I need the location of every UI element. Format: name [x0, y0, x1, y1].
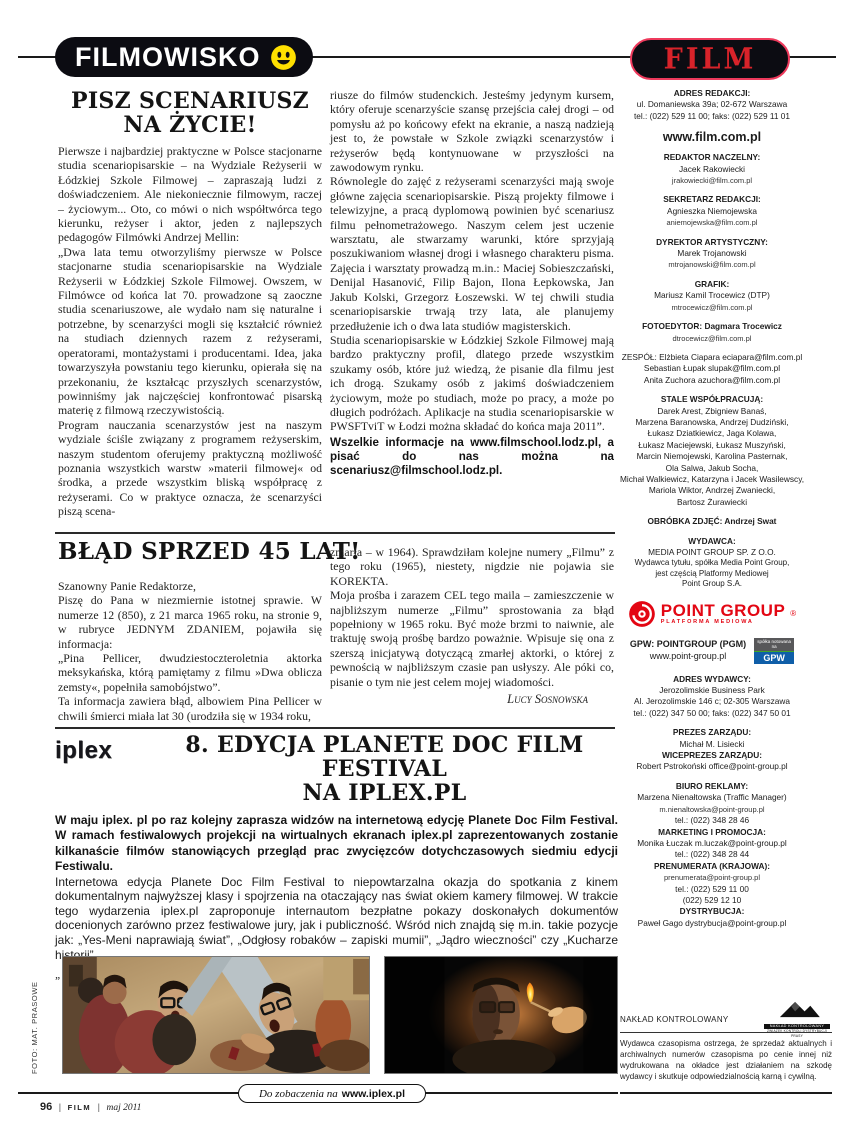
masthead-line: ZESPÓŁ: Elżbieta Ciapara eciapara@film.c… — [616, 352, 808, 363]
masthead-line: PRENUMERATA (KRAJOWA): — [616, 861, 808, 872]
photo-yes-men — [62, 956, 370, 1074]
masthead-line: Marzena Baranowska, Andrzej Dudziński, — [616, 417, 808, 428]
masthead-line: m.nienaltowska@point-group.pl — [616, 804, 808, 815]
masthead-line: Michał Walkiewicz, Katarzyna i Jacek Was… — [616, 474, 808, 485]
masthead-line: Point Group S.A. — [616, 579, 808, 589]
iplex-logo: iplex — [55, 733, 151, 765]
letter-signature: Lucy Sosnowska — [330, 692, 614, 707]
masthead-line: Jerozolimskie Business Park — [616, 685, 808, 696]
registered-mark: ® — [790, 609, 796, 618]
photo-jadro-illustration — [385, 957, 617, 1073]
article2-col1-text: Szanowny Panie Redaktorze,Piszę do Pana … — [58, 579, 322, 723]
festival-header: iplex 8. EDYCJA PLANETE DOC FILM FESTIVA… — [55, 733, 618, 805]
masthead-line: Marzena Nienałtowska (Traffic Manager) — [616, 792, 808, 803]
page-number: 96 — [40, 1101, 52, 1113]
masthead-line: Agnieszka Niemojewska — [616, 206, 808, 217]
paragraph: Równolegle do zajęć z reżyserami scenarz… — [330, 174, 614, 332]
masthead-line: Michał M. Lisiecki — [616, 739, 808, 750]
masthead-bottom-lines: ADRES WYDAWCY:Jerozolimskie Business Par… — [616, 674, 808, 930]
article1-col2-text: riusze do filmów studenckich. Jesteśmy j… — [330, 88, 614, 434]
article1-title: PISZ SCENARIUSZ NA ŻYCIE! — [58, 90, 322, 137]
masthead-line: tel.: (022) 348 28 44 — [616, 849, 808, 860]
warning-rule — [620, 1032, 832, 1033]
article2-column2: zmarła – w 1964). Sprawdziłam kolejne nu… — [330, 545, 614, 707]
point-group-logo: POINT GROUP PLATFORMA MEDIOWA ® — [616, 600, 808, 628]
masthead-line: BIURO REKLAMY: — [616, 781, 808, 792]
article1-contact-info: Wszelkie informacje na www.filmschool.lo… — [330, 436, 614, 479]
article2-column1: Szanowny Panie Redaktorze,Piszę do Pana … — [58, 579, 322, 723]
masthead-line: PREZES ZARZĄDU: — [616, 727, 808, 738]
footer-issue: maj 2011 — [107, 1103, 142, 1113]
masthead-line: jest częścią Platformy Mediowej — [616, 569, 808, 579]
masthead-line: Wydawca tytułu, spółka Media Point Group… — [616, 558, 808, 568]
masthead-line: MARKETING I PROMOCJA: — [616, 827, 808, 838]
magazine-page: { "page": { "section_label": "FILMOWISKO… — [0, 0, 855, 1140]
masthead-line: FOTOEDYTOR: Dagmara Trocewicz — [616, 321, 808, 332]
masthead-line: Marcin Niemojewski, Karolina Pasternak, — [616, 451, 808, 462]
section-title: FILMOWISKO — [75, 37, 260, 77]
masthead-line: Robert Pstrokoński office@point-group.pl — [616, 761, 808, 772]
masthead-line: mtrocewicz@film.com.pl — [616, 302, 808, 313]
paragraph: Piszę do Pana w niezmiernie istotnej spr… — [58, 593, 322, 651]
article2-col2-text: zmarła – w 1964). Sprawdziłam kolejne nu… — [330, 545, 614, 689]
masthead-line: SEKRETARZ REDAKCJI: — [616, 194, 808, 205]
paragraph: Moja prośba i zarazem CEL tego maila – z… — [330, 588, 614, 689]
masthead-line: Ola Salwa, Jakub Socha, — [616, 463, 808, 474]
see-you-text: Do zobaczenia na — [259, 1088, 338, 1100]
masthead-line: Mariola Wiktor, Andrzej Zwaniecki, — [616, 485, 808, 496]
masthead-line: Darek Arest, Zbigniew Banaś, — [616, 406, 808, 417]
gpw-row: GPW: POINTGROUP (PGM) www.point-group.pl… — [616, 638, 808, 664]
film-logo-text: FILM — [664, 42, 757, 75]
photo-yes-men-illustration — [63, 957, 369, 1073]
divider-rule — [55, 532, 615, 534]
masthead-line: tel.: (022) 348 28 46 — [616, 815, 808, 826]
paragraph: Ta informacja zawiera błąd, albowiem Pin… — [58, 694, 322, 723]
zkdp-mountain-icon — [768, 1000, 826, 1019]
masthead-line: tel.: (022) 347 50 00; faks: (022) 347 5… — [616, 708, 808, 719]
festival-section: iplex 8. EDYCJA PLANETE DOC FILM FESTIVA… — [55, 733, 618, 981]
masthead-line: Al. Jerozolimskie 146 c; 02-305 Warszawa — [616, 696, 808, 707]
masthead-line: tel.: (022) 529 11 00 — [616, 884, 808, 895]
masthead-top-lines: ADRES REDAKCJI:ul. Domaniewska 39a; 02-6… — [616, 88, 808, 590]
publisher-warning: Wydawca czasopisma ostrzega, że sprzedaż… — [620, 1038, 832, 1082]
section-banner: FILMOWISKO — [55, 37, 313, 77]
paragraph: „Pina Pellicer, dwudziestoczteroletnia a… — [58, 651, 322, 694]
point-group-text: POINT GROUP PLATFORMA MEDIOWA — [661, 603, 786, 625]
masthead-line: MEDIA POINT GROUP SP. Z O.O. — [616, 547, 808, 558]
paragraph: Szanowny Panie Redaktorze, — [58, 579, 322, 593]
article1-column1: PISZ SCENARIUSZ NA ŻYCIE! Pierwsze i naj… — [58, 90, 322, 519]
masthead-line: aniemojewska@film.com.pl — [616, 217, 808, 228]
masthead-line: ul. Domaniewska 39a; 02-672 Warszawa — [616, 99, 808, 110]
festival-body: Internetowa edycja Planete Doc Film Fest… — [55, 875, 618, 963]
page-footer: 96 | FILM | maj 2011 — [40, 1101, 141, 1113]
photo-credit: FOTO: MAT. PRASOWE — [30, 956, 42, 1074]
paragraph: riusze do filmów studenckich. Jesteśmy j… — [330, 88, 614, 174]
masthead-line: Mariusz Kamil Trocewicz (DTP) — [616, 290, 808, 301]
masthead-line: Bartosz Żurawiecki — [616, 497, 808, 508]
paragraph: „Dwa lata temu otworzyliśmy pierwsze w P… — [58, 245, 322, 418]
masthead-line: dtrocewicz@film.com.pl — [616, 333, 808, 344]
naklad-label: NAKŁAD KONTROLOWANY — [620, 1015, 729, 1024]
masthead-line: WICEPREZES ZARZĄDU: — [616, 750, 808, 761]
masthead-line: prenumerata@point-group.pl — [616, 872, 808, 883]
point-group-icon — [628, 600, 656, 628]
paragraph: Pierwsze i najbardziej praktyczne w Pols… — [58, 144, 322, 245]
masthead-line: DYSTRYBUCJA: — [616, 906, 808, 917]
masthead-line: REDAKTOR NACZELNY: — [616, 152, 808, 163]
smiley-icon — [270, 44, 297, 71]
masthead-line: Łukasz Maciejewski, Łukasz Muszyński, — [616, 440, 808, 451]
see-you-url: www.iplex.pl — [342, 1088, 405, 1100]
masthead-line: Paweł Gago dystrybucja@point-group.pl — [616, 918, 808, 929]
masthead-line: jrakowiecki@film.com.pl — [616, 175, 808, 186]
masthead-line: www.film.com.pl — [616, 130, 808, 144]
paragraph: Program nauczania scenarzystów jest na n… — [58, 418, 322, 519]
masthead-line: mtrojanowski@film.com.pl — [616, 259, 808, 270]
masthead-line: DYREKTOR ARTYSTYCZNY: — [616, 237, 808, 248]
masthead-line: tel.: (022) 529 11 00; faks: (022) 529 1… — [616, 111, 808, 122]
gpw-text: GPW: POINTGROUP (PGM) www.point-group.pl — [630, 639, 746, 662]
masthead-line: STALE WSPÓŁPRACUJĄ: — [616, 394, 808, 405]
masthead-line: Sebastian Łupak slupak@film.com.pl — [616, 363, 808, 374]
paragraph: Studia scenariopisarskie w Łódzkiej Szko… — [330, 333, 614, 434]
film-magazine-logo: FILM — [630, 38, 790, 80]
masthead-line: Łukasz Dziatkiewicz, Jaga Kolawa, — [616, 428, 808, 439]
festival-lead: W maju iplex. pl po raz kolejny zaprasza… — [55, 813, 618, 875]
footer-brand: FILM — [68, 1103, 92, 1112]
masthead-line: (022) 529 12 10 — [616, 895, 808, 906]
masthead-line: ADRES WYDAWCY: — [616, 674, 808, 685]
paragraph: zmarła – w 1964). Sprawdziłam kolejne nu… — [330, 545, 614, 588]
masthead-line: WYDAWCA: — [616, 536, 808, 547]
masthead-line: GRAFIK: — [616, 279, 808, 290]
masthead-line: Marek Trojanowski — [616, 248, 808, 259]
masthead-line: OBRÓBKA ZDJĘĆ: Andrzej Swat — [616, 516, 808, 527]
masthead-line: Jacek Rakowiecki — [616, 164, 808, 175]
article1-column2: riusze do filmów studenckich. Jesteśmy j… — [330, 88, 614, 478]
see-you-banner: Do zobaczenia na www.iplex.pl — [238, 1084, 426, 1103]
masthead-line: Anita Zuchora azuchora@film.com.pl — [616, 375, 808, 386]
gpw-badge: spółka notowana na GPW — [754, 638, 794, 664]
divider-rule — [55, 727, 615, 729]
masthead-line: ADRES REDAKCJI: — [616, 88, 808, 99]
article1-col1-text: Pierwsze i najbardziej praktyczne w Pols… — [58, 144, 322, 519]
article2-title: BŁĄD SPRZED 45 LAT! — [58, 538, 361, 565]
footer-rule-right — [620, 1092, 832, 1094]
masthead-line: Monika Łuczak m.luczak@point-group.pl — [616, 838, 808, 849]
festival-title: 8. EDYCJA PLANETE DOC FILM FESTIVAL NA I… — [151, 733, 618, 805]
masthead-sidebar: ADRES REDAKCJI:ul. Domaniewska 39a; 02-6… — [616, 88, 808, 929]
photo-jadro-wiecznosci — [384, 956, 618, 1074]
